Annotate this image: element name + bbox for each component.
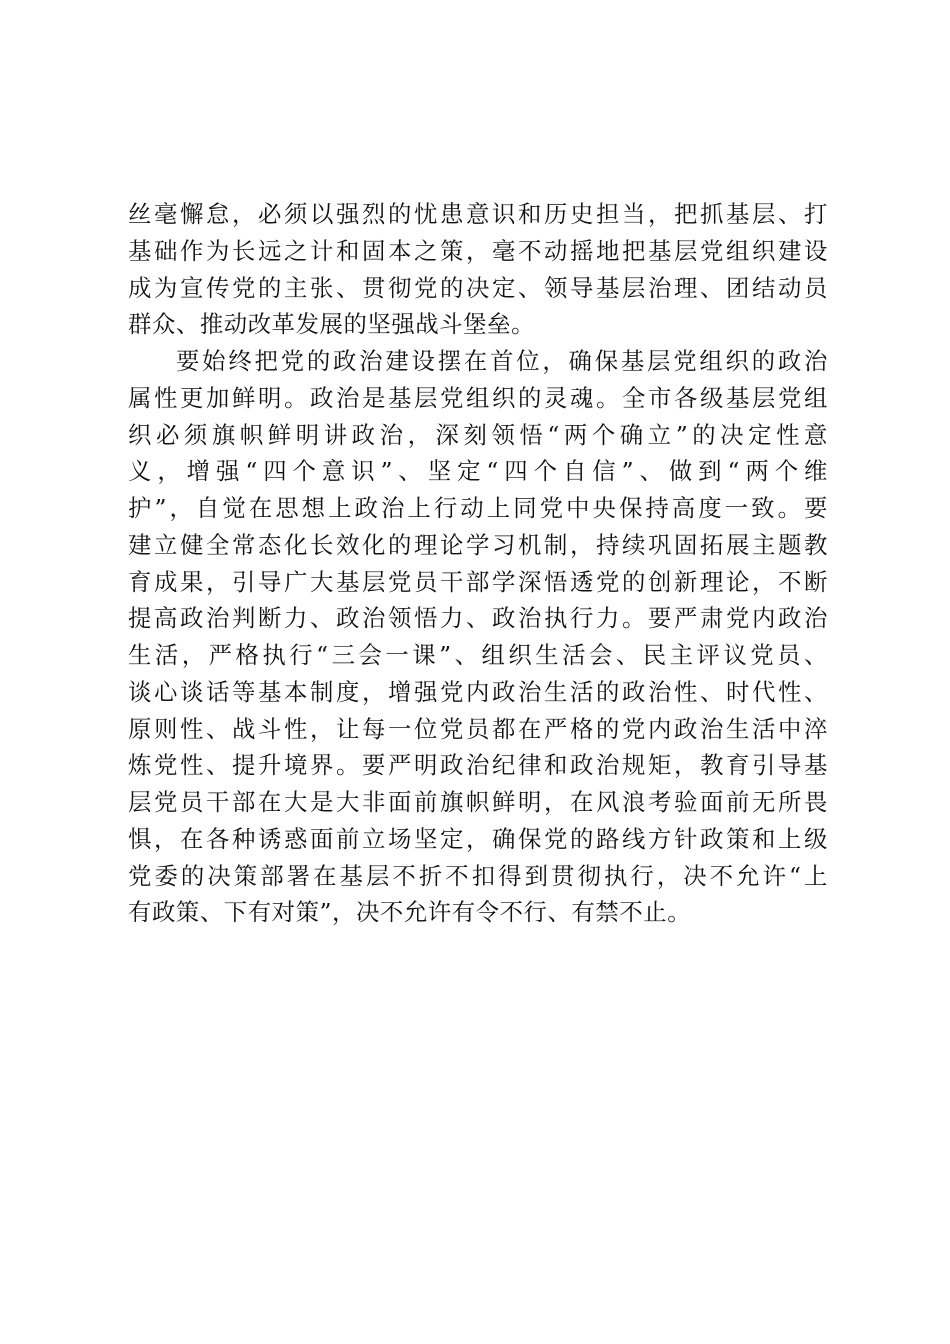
text-line: 丝毫懈怠，必须以强烈的忧患意识和历史担当，把抓基层、打 [128,196,828,233]
document-page: 丝毫懈怠，必须以强烈的忧患意识和历史担当，把抓基层、打 基础作为长远之计和固本之… [0,0,950,1344]
text-line: 群众、推动改革发展的坚强战斗堡垒。 [128,306,828,343]
text-line: 义，增强“四个意识”、坚定“四个自信”、做到“两个维 [128,453,828,490]
text-line: 育成果，引导广大基层党员干部学深悟透党的创新理论，不断 [128,564,828,601]
text-line: 党委的决策部署在基层不折不扣得到贯彻执行，决不允许“上 [128,858,828,895]
text-line: 成为宣传党的主张、贯彻党的决定、领导基层治理、团结动员 [128,270,828,307]
text-line: 提高政治判断力、政治领悟力、政治执行力。要严肃党内政治 [128,600,828,637]
document-body: 丝毫懈怠，必须以强烈的忧患意识和历史担当，把抓基层、打 基础作为长远之计和固本之… [128,196,828,931]
text-line: 基础作为长远之计和固本之策，毫不动摇地把基层党组织建设 [128,233,828,270]
text-line: 原则性、战斗性，让每一位党员都在严格的党内政治生活中淬 [128,711,828,748]
text-line: 属性更加鲜明。政治是基层党组织的灵魂。全市各级基层党组 [128,380,828,417]
text-line: 织必须旗帜鲜明讲政治，深刻领悟“两个确立”的决定性意 [128,417,828,454]
text-line: 层党员干部在大是大非面前旗帜鲜明，在风浪考验面前无所畏 [128,784,828,821]
text-line: 谈心谈话等基本制度，增强党内政治生活的政治性、时代性、 [128,674,828,711]
text-line: 炼党性、提升境界。要严明政治纪律和政治规矩，教育引导基 [128,747,828,784]
text-line: 护”，自觉在思想上政治上行动上同党中央保持高度一致。要 [128,490,828,527]
text-line: 有政策、下有对策”，决不允许有令不行、有禁不止。 [128,894,828,931]
paragraph-2: 要始终把党的政治建设摆在首位，确保基层党组织的政治 属性更加鲜明。政治是基层党组… [128,343,828,931]
text-line: 要始终把党的政治建设摆在首位，确保基层党组织的政治 [128,343,828,380]
text-line: 惧，在各种诱惑面前立场坚定，确保党的路线方针政策和上级 [128,821,828,858]
paragraph-1: 丝毫懈怠，必须以强烈的忧患意识和历史担当，把抓基层、打 基础作为长远之计和固本之… [128,196,828,343]
text-line: 生活，严格执行“三会一课”、组织生活会、民主评议党员、 [128,637,828,674]
text-line: 建立健全常态化长效化的理论学习机制，持续巩固拓展主题教 [128,527,828,564]
